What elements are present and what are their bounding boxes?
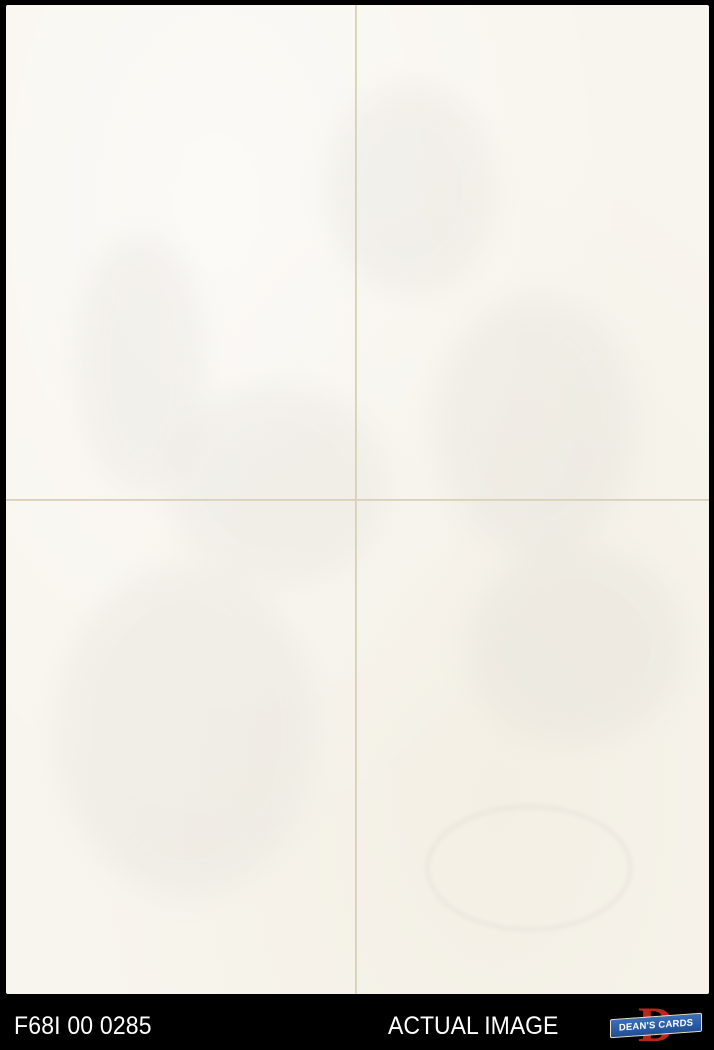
ghost-figure-center (166, 385, 386, 585)
caption-bar: F68I 00 0285 ACTUAL IMAGE D DEAN'S CARDS (0, 998, 714, 1050)
ghost-nameplate-oval (426, 805, 632, 931)
ghost-figure-right (436, 295, 636, 555)
vertical-fold-line (355, 5, 357, 994)
card-back (6, 5, 709, 994)
logo-banner: DEAN'S CARDS (610, 1013, 702, 1038)
ghost-figure-lower (56, 565, 316, 895)
deans-cards-logo: D DEAN'S CARDS (608, 1002, 704, 1046)
item-code: F68I 00 0285 (14, 1012, 152, 1041)
actual-image-label: ACTUAL IMAGE (388, 1012, 558, 1041)
ghost-figure-lower-right (466, 545, 686, 745)
ghost-helmet (326, 85, 496, 295)
horizontal-fold-line (6, 499, 709, 501)
